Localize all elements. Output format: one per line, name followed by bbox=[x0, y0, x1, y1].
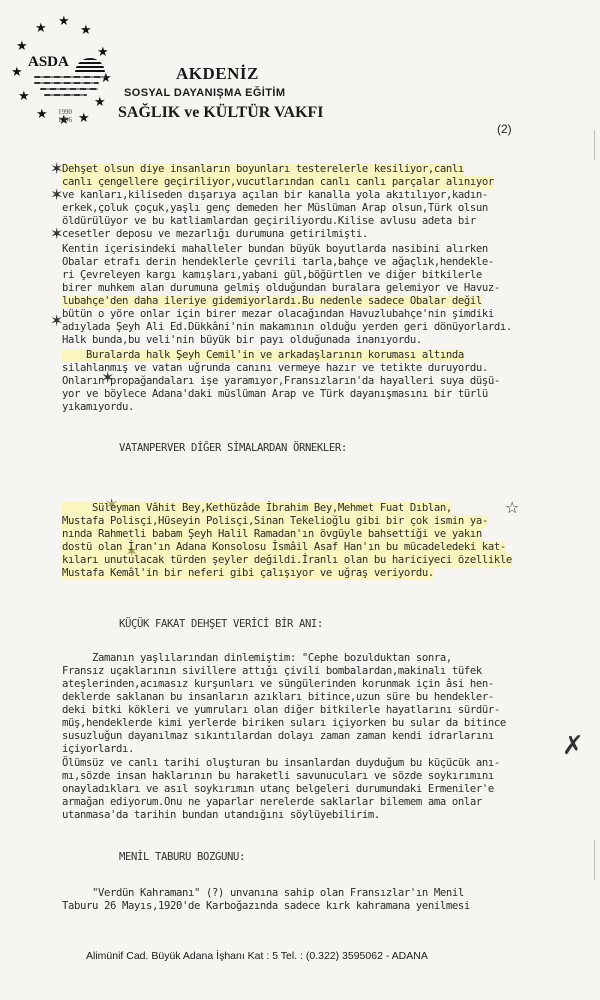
page-edge bbox=[594, 130, 595, 160]
org-line-2: SOSYAL DAYANIŞMA EĞİTİM bbox=[124, 87, 285, 99]
star-icon: ★ bbox=[35, 22, 47, 35]
logo-years: 1990 1996 bbox=[58, 108, 72, 124]
section-heading: MENİL TABURU BOZGUNU: bbox=[119, 851, 245, 864]
asda-logo: ★ ★ ★ ★ ★ ★ ★ ★ ★ ★ ★ ★ ASDA 1990 1996 bbox=[8, 10, 120, 122]
page-number: (2) bbox=[497, 122, 512, 136]
footer-address: Alimünif Cad. Büyük Adana İşhanı Kat : 5… bbox=[86, 950, 428, 962]
star-icon: ★ bbox=[16, 40, 28, 53]
logo-text: ASDA bbox=[28, 54, 69, 71]
sun-icon bbox=[75, 58, 105, 74]
star-icon: ★ bbox=[58, 15, 70, 28]
star-icon: ★ bbox=[18, 90, 30, 103]
star-mark-icon: ☆ bbox=[505, 500, 519, 516]
star-icon: ★ bbox=[11, 66, 23, 79]
org-line-1: AKDENİZ bbox=[176, 64, 259, 84]
star-icon: ★ bbox=[36, 108, 48, 121]
star-mark-icon: ✗ bbox=[562, 733, 584, 759]
document-page: ★ ★ ★ ★ ★ ★ ★ ★ ★ ★ ★ ★ ASDA 1990 1996 A… bbox=[0, 0, 600, 1000]
section-heading: VATANPERVER DİĞER SİMALARDAN ÖRNEKLER: bbox=[119, 442, 347, 455]
waves-icon bbox=[34, 76, 106, 100]
org-line-3: SAĞLIK ve KÜLTÜR VAKFI bbox=[118, 104, 324, 122]
star-icon: ★ bbox=[80, 24, 92, 37]
page-edge bbox=[594, 840, 595, 880]
section-heading: KÜÇÜK FAKAT DEHŞET VERİCİ BİR ANI: bbox=[119, 618, 323, 631]
star-icon: ★ bbox=[78, 112, 90, 125]
star-icon: ★ bbox=[97, 46, 109, 59]
